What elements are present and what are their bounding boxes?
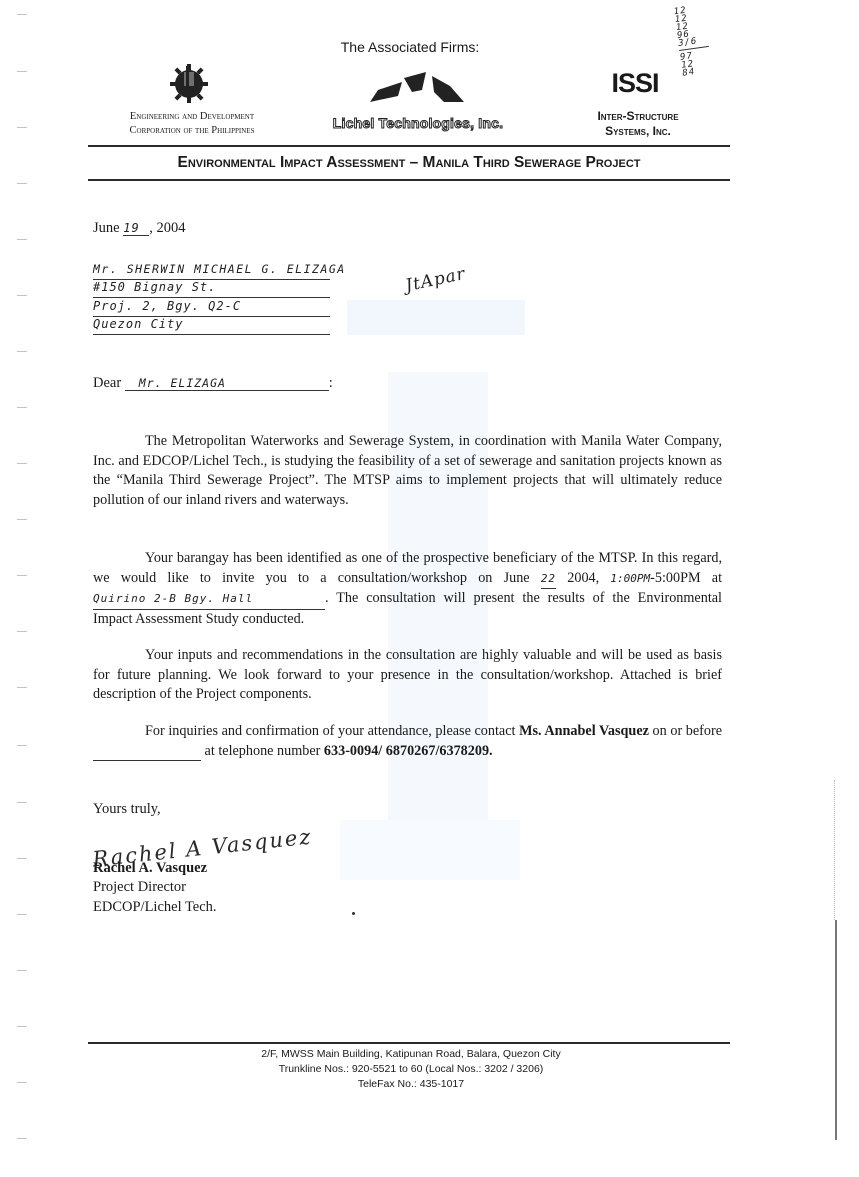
lichel-name: Lichel Technologies, Inc. (330, 115, 506, 131)
closing: Yours truly, (93, 801, 161, 818)
edcop-name: Engineering and Development Corporation … (92, 110, 292, 138)
signatory-title: Project Director (93, 879, 186, 896)
scan-ghost-bottom (340, 820, 520, 880)
paragraph-inputs: Your inputs and recommendations in the c… (93, 646, 722, 705)
edcop-logo (167, 60, 211, 104)
workshop-day-handwritten: 22 (541, 569, 556, 590)
header-rule-bottom (88, 179, 730, 181)
lichel-logo (368, 68, 468, 104)
signatory-organization: EDCOP/Lichel Tech. (93, 899, 217, 916)
scan-edge-line (835, 920, 837, 1140)
issi-name: Inter-Structure Systems, Inc. (570, 109, 706, 139)
workshop-start-time-handwritten: 1:00PM (610, 572, 650, 585)
recipient-address-line-1: #150 Bignay St. (93, 280, 330, 298)
handwritten-file-note: 12 12 12 96 3/6 97 12 84 (673, 4, 712, 77)
letter-date: June 19, 2004 (93, 220, 185, 237)
footer-telefax: TeleFax No.: 435-1017 (93, 1077, 729, 1092)
contact-person: Ms. Annabel Vasquez (519, 723, 649, 739)
header-rule-top (88, 145, 730, 147)
paragraph-invitation: Your barangay has been identified as one… (93, 549, 722, 629)
salutation: Dear Mr. ELIZAGA: (93, 375, 333, 392)
arc-segments-logo-icon (368, 68, 468, 104)
scan-edge-dots (834, 780, 836, 920)
footer-trunkline: Trunkline Nos.: 920-5521 to 60 (Local No… (93, 1062, 729, 1077)
contact-phone-numbers: 633-0094/ 6870267/6378209. (324, 743, 493, 759)
recipient-initials-signature: JtApar (404, 264, 468, 296)
associated-firms-label: The Associated Firms: (300, 39, 520, 55)
footer-address: 2/F, MWSS Main Building, Katipunan Road,… (93, 1047, 729, 1062)
workshop-venue-handwritten: Quirino 2-B Bgy. Hall (93, 589, 325, 610)
paragraph-project-intro: The Metropolitan Waterworks and Sewerage… (93, 432, 722, 510)
paragraph-contact: For inquiries and confirmation of your a… (93, 722, 722, 761)
salutation-name-handwritten: Mr. ELIZAGA (125, 376, 329, 391)
recipient-address-line-3: Quezon City (93, 317, 330, 335)
footer-rule (88, 1042, 730, 1044)
date-day-handwritten: 19 (123, 221, 149, 236)
gear-tower-logo-icon (167, 60, 211, 104)
footer-contact: 2/F, MWSS Main Building, Katipunan Road,… (93, 1047, 729, 1092)
recipient-address-line-2: Proj. 2, Bgy. Q2-C (93, 299, 330, 317)
project-title: Environmental Impact Assessment – Manila… (88, 154, 730, 172)
recipient-name: Mr. SHERWIN MICHAEL G. ELIZAGA (93, 262, 383, 279)
issi-logo-text: ISSI (595, 68, 675, 99)
scan-ghost-top (347, 300, 525, 335)
signatory-name: Rachel A. Vasquez (93, 860, 207, 877)
confirmation-deadline-blank (93, 746, 201, 761)
stray-dot (352, 912, 355, 915)
